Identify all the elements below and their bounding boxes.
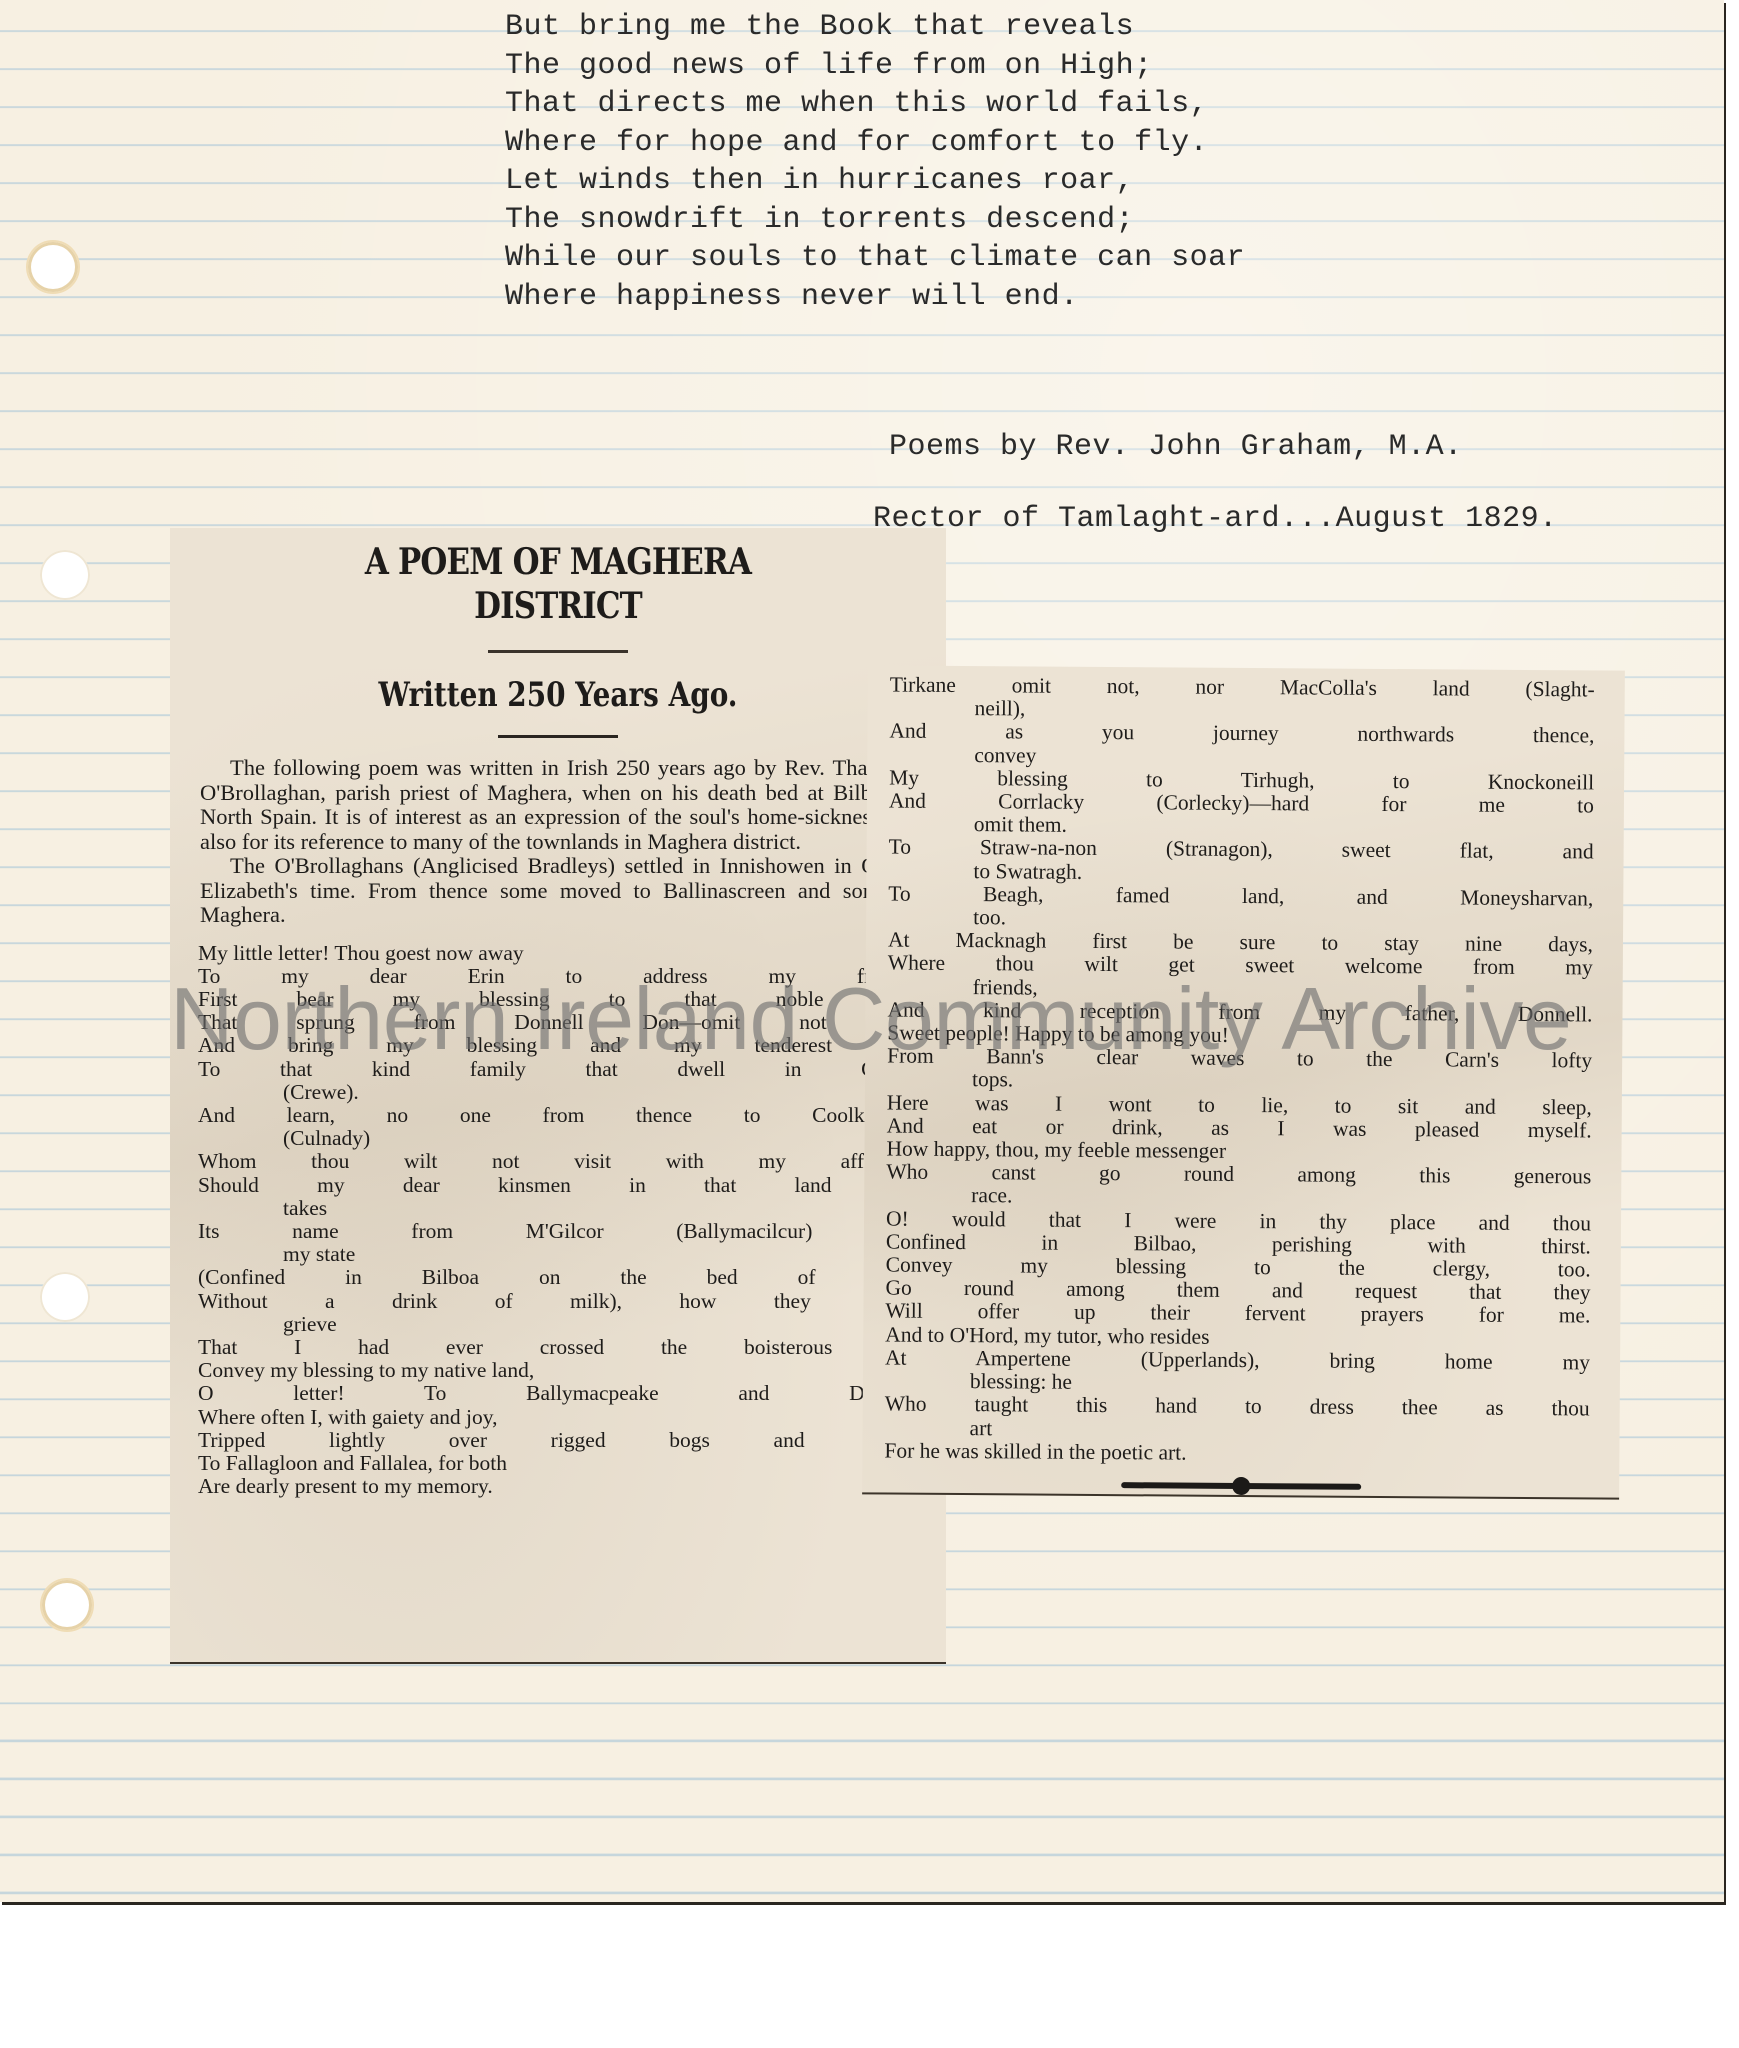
typewritten-poem: But bring me the Book that revealsThe go… [505,8,1245,316]
verse-line: Its name from M'Gilcor (Ballymacilcur) h… [198,1220,922,1243]
typed-poem-line: Where happiness never will end. [505,278,1245,317]
typed-poem-line: But bring me the Book that reveals [505,8,1245,47]
verse-line-continuation: takes [198,1197,922,1220]
verse-line: My little letter! Thou goest now away [198,942,922,965]
verse-line: For he was skilled in the poetic art. [884,1439,1589,1467]
headline-line-1: A POEM OF MAGHERA [365,541,751,583]
verse-line: Are dearly present to my memory. [198,1475,922,1498]
verse-line: O letter! To Ballymacpeake and Dreenan [198,1382,922,1405]
verse-line-continuation: grieve [198,1313,922,1336]
intro-paragraph: The following poem was written in Irish … [200,756,920,854]
punch-hole [40,1272,90,1322]
typed-poem-line: The good news of life from on High; [505,47,1245,86]
headline-line-2: DISTRICT [474,585,642,627]
verse-line: To that kind family that dwell in Creeve [198,1058,922,1081]
verse-line: Should my dear kinsmen in that land that [198,1174,922,1197]
poem-verse-left: My little letter! Thou goest now awayTo … [170,942,946,1499]
newspaper-clipping-right: Tirkane omit not, nor MacColla's land (S… [862,665,1625,1499]
lined-notebook-page: But bring me the Book that revealsThe go… [0,0,1724,1902]
typed-poem-line: The snowdrift in torrents descend; [505,201,1245,240]
attribution-author: Poems by Rev. John Graham, M.A. [889,430,1463,464]
verse-line: Where often I, with gaiety and joy, [198,1406,922,1429]
clipping-subheading: Written 250 Years Ago. [240,675,876,715]
divider-rule [488,650,628,653]
verse-line: Convey my blessing to my native land, [198,1359,922,1382]
verse-line-continuation: (Crewe). [198,1081,922,1104]
typed-poem-line: While our souls to that climate can soar [505,239,1245,278]
verse-line-continuation: (Culnady) [198,1127,922,1150]
clipping-introduction: The following poem was written in Irish … [170,756,946,928]
typed-poem-line: That directs me when this world fails, [505,85,1245,124]
newspaper-clipping-left: A POEM OF MAGHERA DISTRICT Written 250 Y… [170,528,946,1664]
verse-line: First bear my blessing to that noble tri… [198,988,922,1011]
verse-line: (Confined in Bilboa on the bed of death [198,1266,922,1289]
divider-rule [498,735,618,738]
verse-line: That I had ever crossed the boisterous s… [198,1336,922,1359]
typed-poem-line: Where for hope and for comfort to fly. [505,124,1245,163]
poem-verse-right: Tirkane omit not, nor MacColla's land (S… [862,673,1624,1467]
end-ornament [1121,1482,1361,1490]
punch-hole [42,1580,92,1630]
intro-paragraph: The O'Brollaghans (Anglicised Bradleys) … [200,854,920,928]
verse-line: And bring my blessing and my tenderest l… [198,1034,922,1057]
verse-line: Whom thou wilt not visit with my affecti… [198,1150,922,1173]
verse-line: Without a drink of milk), how they would [198,1290,922,1313]
verse-line: To Fallagloon and Fallalea, for both [198,1452,922,1475]
punch-hole [40,550,90,600]
punch-hole [28,242,78,292]
verse-line: Tripped lightly over rigged bogs and moo… [198,1429,922,1452]
verse-line: To my dear Erin to address my friends. [198,965,922,988]
verse-line: And learn, no one from thence to Coolkna… [198,1104,922,1127]
verse-line: That sprung from Donnell Don—omit not on… [198,1011,922,1034]
verse-line-continuation: my state [198,1243,922,1266]
typed-poem-line: Let winds then in hurricanes roar, [505,162,1245,201]
clipping-headline: A POEM OF MAGHERA DISTRICT [224,528,891,628]
